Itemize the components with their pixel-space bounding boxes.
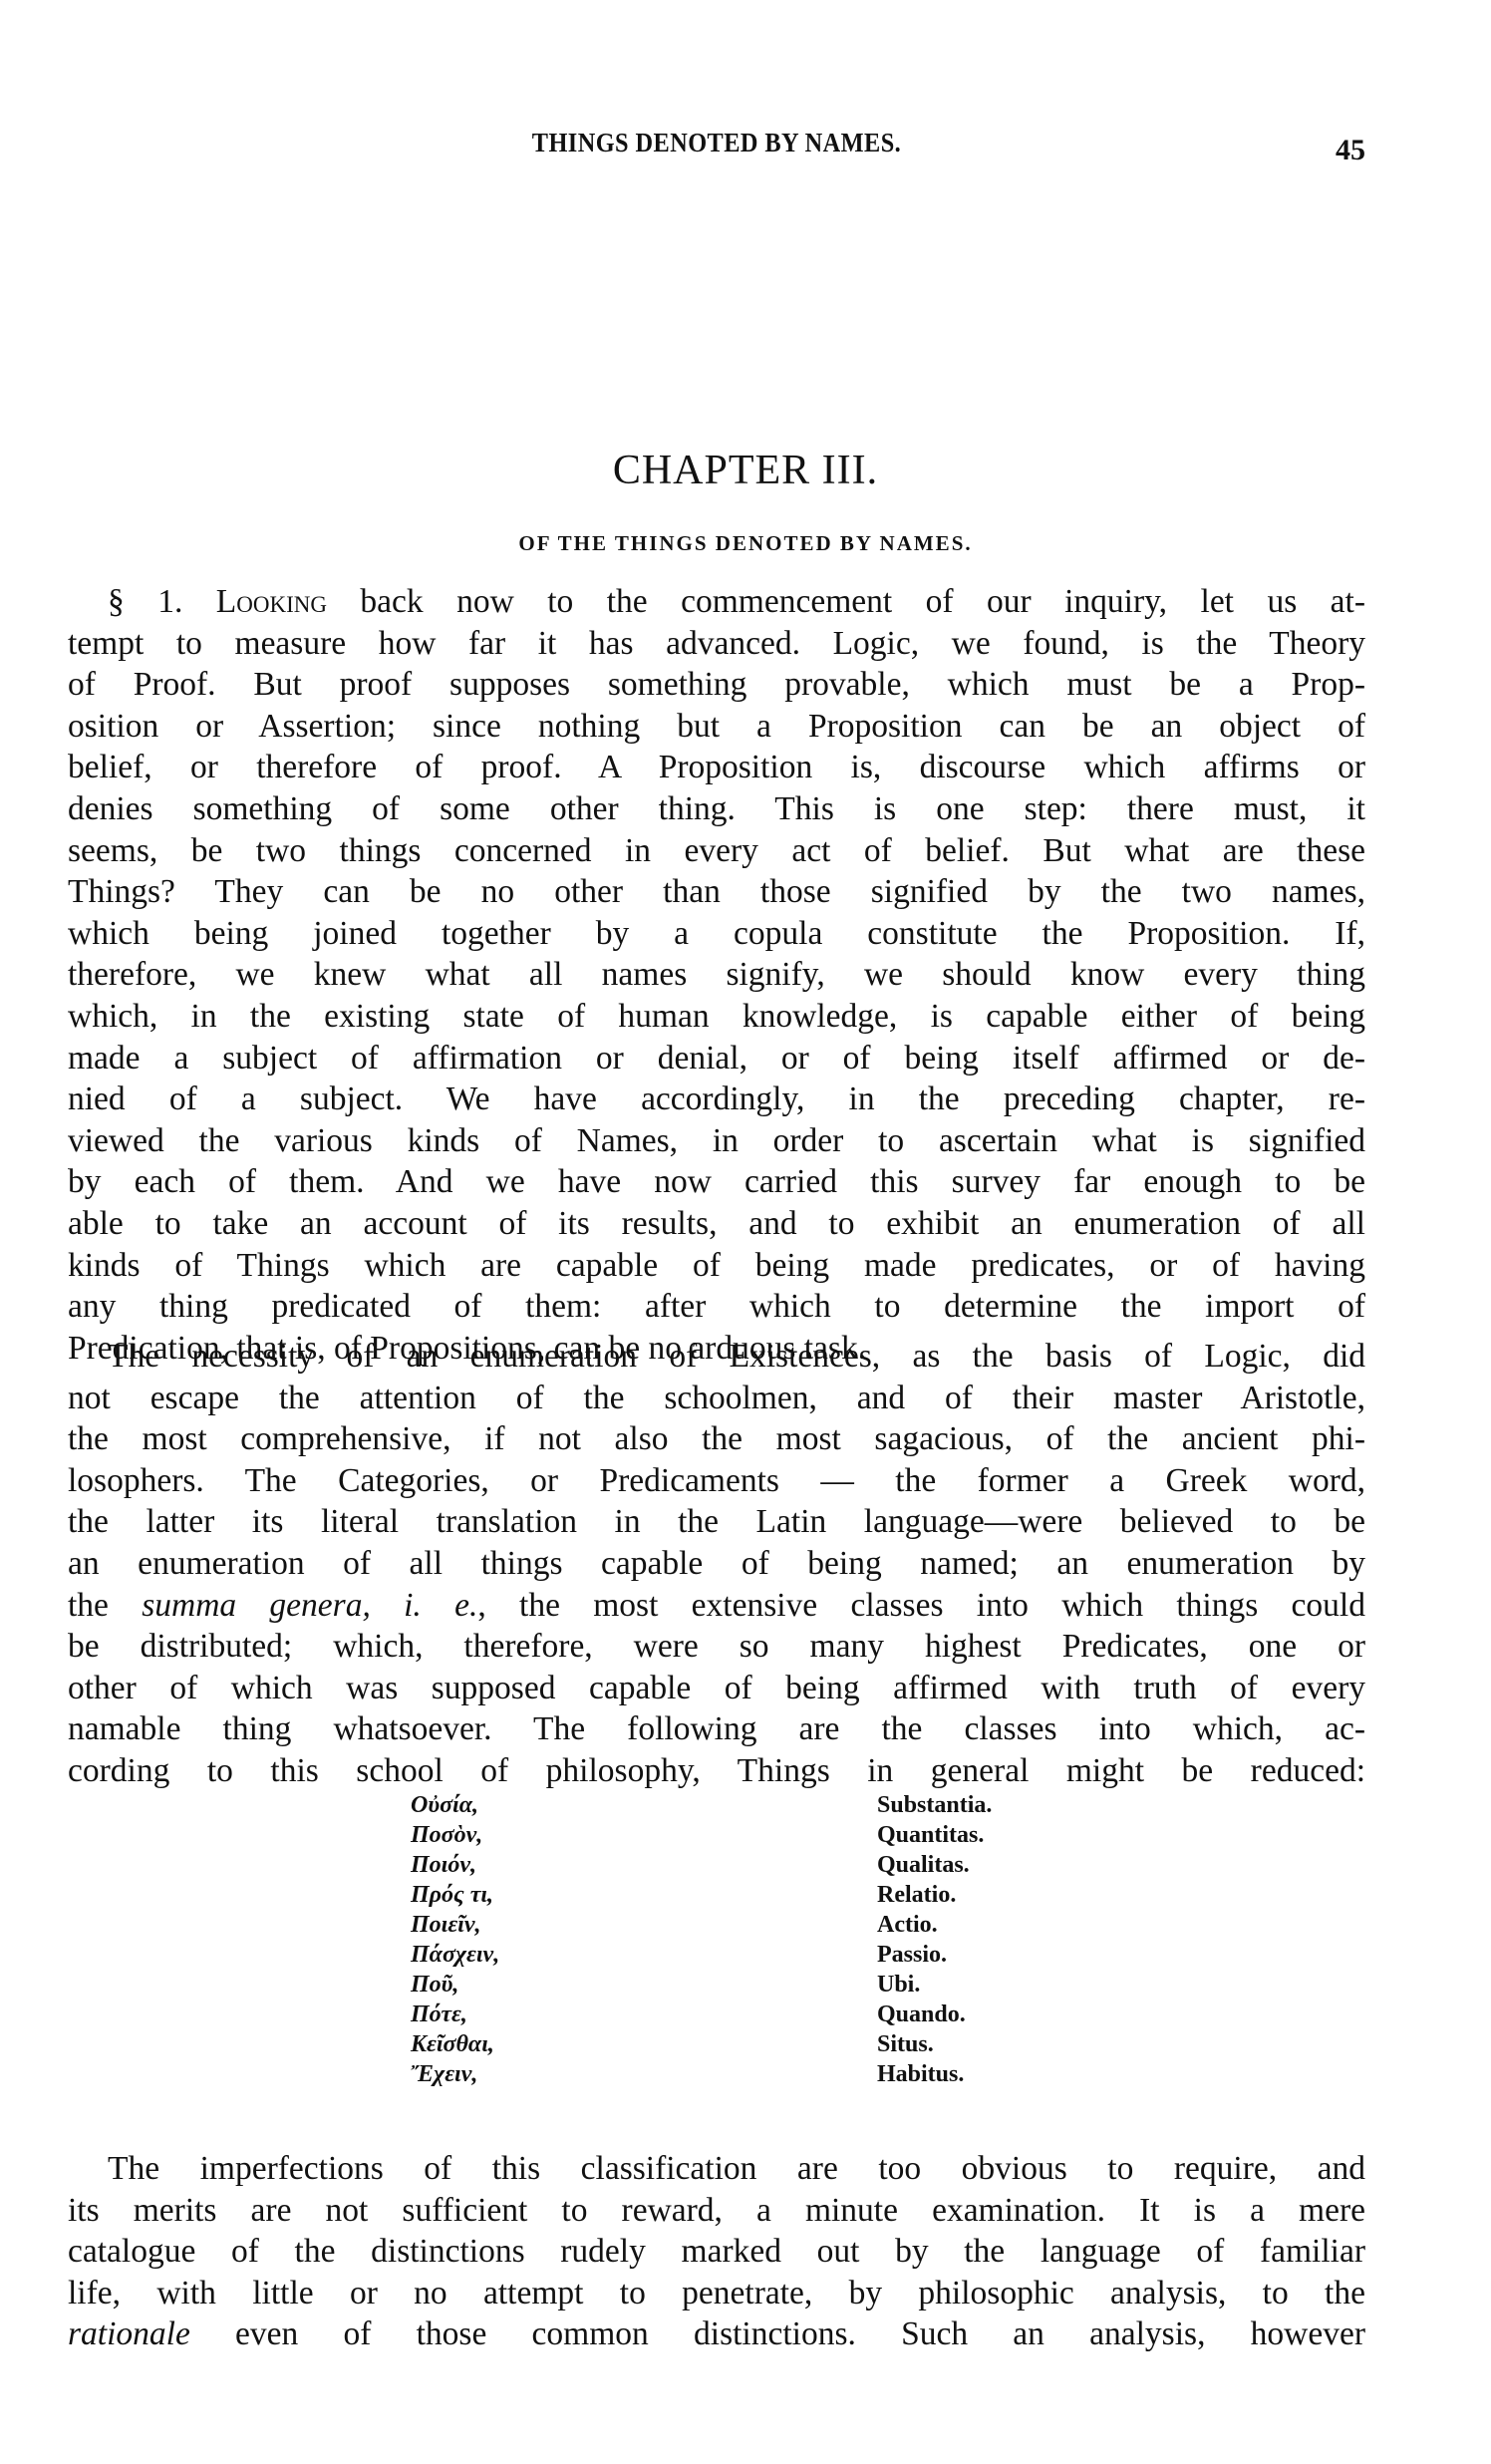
text-line: an enumeration of all things capable of … — [68, 1543, 1365, 1585]
text-line: be distributed; which, therefore, were s… — [68, 1626, 1365, 1668]
text-line: able to take an account of its results, … — [68, 1203, 1365, 1245]
running-header: THINGS DENOTED BY NAMES. 45 — [68, 128, 1365, 167]
text-line: not escape the attention of the schoolme… — [68, 1378, 1365, 1419]
text-line: Things? They can be no other than those … — [68, 871, 1365, 913]
text-line: § 1. Looking back now to the commencemen… — [68, 581, 1365, 623]
category-greek: Ποιόν, — [411, 1852, 476, 1882]
text-line: losophers. The Categories, or Predicamen… — [68, 1460, 1365, 1502]
text-line: kinds of Things which are capable of bei… — [68, 1245, 1365, 1287]
section-mark: § 1. — [108, 583, 182, 620]
paragraph-categories-intro: The necessity of an enumeration of Exist… — [68, 1336, 1365, 1792]
category-latin: Habitus. — [877, 2061, 964, 2091]
category-latin: Substantia. — [877, 1792, 992, 1822]
category-greek: Ποῦ, — [411, 1972, 458, 2002]
text-line: its merits are not sufficient to reward,… — [68, 2190, 1365, 2232]
text-line: viewed the various kinds of Names, in or… — [68, 1120, 1365, 1162]
category-latin: Quantitas. — [877, 1822, 984, 1852]
category-latin: Relatio. — [877, 1882, 956, 1912]
text-line: catalogue of the distinctions rudely mar… — [68, 2231, 1365, 2273]
lead-word: Looking — [216, 583, 327, 620]
text-line: any thing predicated of them: after whic… — [68, 1286, 1365, 1328]
category-greek: Ποσὸν, — [411, 1822, 482, 1852]
category-greek: Πάσχειν, — [411, 1942, 499, 1972]
chapter-title: CHAPTER III. — [0, 447, 1491, 494]
paragraph-section-1: § 1. Looking back now to the commencemen… — [68, 581, 1365, 1369]
text-line: life, with little or no attempt to penet… — [68, 2273, 1365, 2314]
category-greek: Πρός τι, — [411, 1882, 493, 1912]
text-line: The imperfections of this classification… — [68, 2148, 1365, 2190]
text-line: therefore, we knew what all names signif… — [68, 954, 1365, 996]
category-greek: Πότε, — [411, 2002, 467, 2031]
paragraph-critique: The imperfections of this classification… — [68, 2148, 1365, 2355]
text-line: by each of them. And we have now carried… — [68, 1161, 1365, 1203]
text-line: cording to this school of philosophy, Th… — [68, 1750, 1365, 1792]
chapter-subtitle: OF THE THINGS DENOTED BY NAMES. — [0, 531, 1491, 556]
text-line: nied of a subject. We have accordingly, … — [68, 1078, 1365, 1120]
text-line: The necessity of an enumeration of Exist… — [68, 1336, 1365, 1378]
text-line: of Proof. But proof supposes something p… — [68, 664, 1365, 706]
text-line: other of which was supposed capable of b… — [68, 1668, 1365, 1709]
category-greek: Ποιεῖν, — [411, 1912, 481, 1942]
text-line: the most comprehensive, if not also the … — [68, 1418, 1365, 1460]
text-line: namable thing whatsoever. The following … — [68, 1708, 1365, 1750]
text-line: tempt to measure how far it has advanced… — [68, 623, 1365, 665]
italic-word: rationale — [68, 2315, 190, 2352]
category-greek: Κεῖσθαι, — [411, 2031, 494, 2061]
text-line: belief, or therefore of proof. A Proposi… — [68, 747, 1365, 788]
category-latin: Situs. — [877, 2031, 934, 2061]
running-title: THINGS DENOTED BY NAMES. — [133, 128, 1301, 158]
text-line: osition or Assertion; since nothing but … — [68, 706, 1365, 748]
text-line: made a subject of affirmation or denial,… — [68, 1038, 1365, 1079]
category-latin: Passio. — [877, 1942, 947, 1972]
text-line: which being joined together by a copula … — [68, 913, 1365, 955]
category-latin: Qualitas. — [877, 1852, 970, 1882]
text-line: which, in the existing state of human kn… — [68, 996, 1365, 1038]
italic-phrase: summa genera, i. e. — [142, 1587, 477, 1624]
category-latin: Actio. — [877, 1912, 938, 1942]
text-line: seems, be two things concerned in every … — [68, 830, 1365, 872]
category-latin: Quando. — [877, 2002, 966, 2031]
page-number: 45 — [1336, 134, 1365, 167]
book-page: THINGS DENOTED BY NAMES. 45 CHAPTER III.… — [0, 0, 1491, 2464]
category-greek: Ἔχειν, — [411, 2061, 477, 2091]
text-line: denies something of some other thing. Th… — [68, 788, 1365, 830]
text-line: rationale even of those common distincti… — [68, 2313, 1365, 2355]
text-line: the latter its literal translation in th… — [68, 1501, 1365, 1543]
text-line: the summa genera, i. e., the most extens… — [68, 1585, 1365, 1627]
category-greek: Οὐσία, — [411, 1792, 478, 1822]
category-latin: Ubi. — [877, 1972, 920, 2002]
